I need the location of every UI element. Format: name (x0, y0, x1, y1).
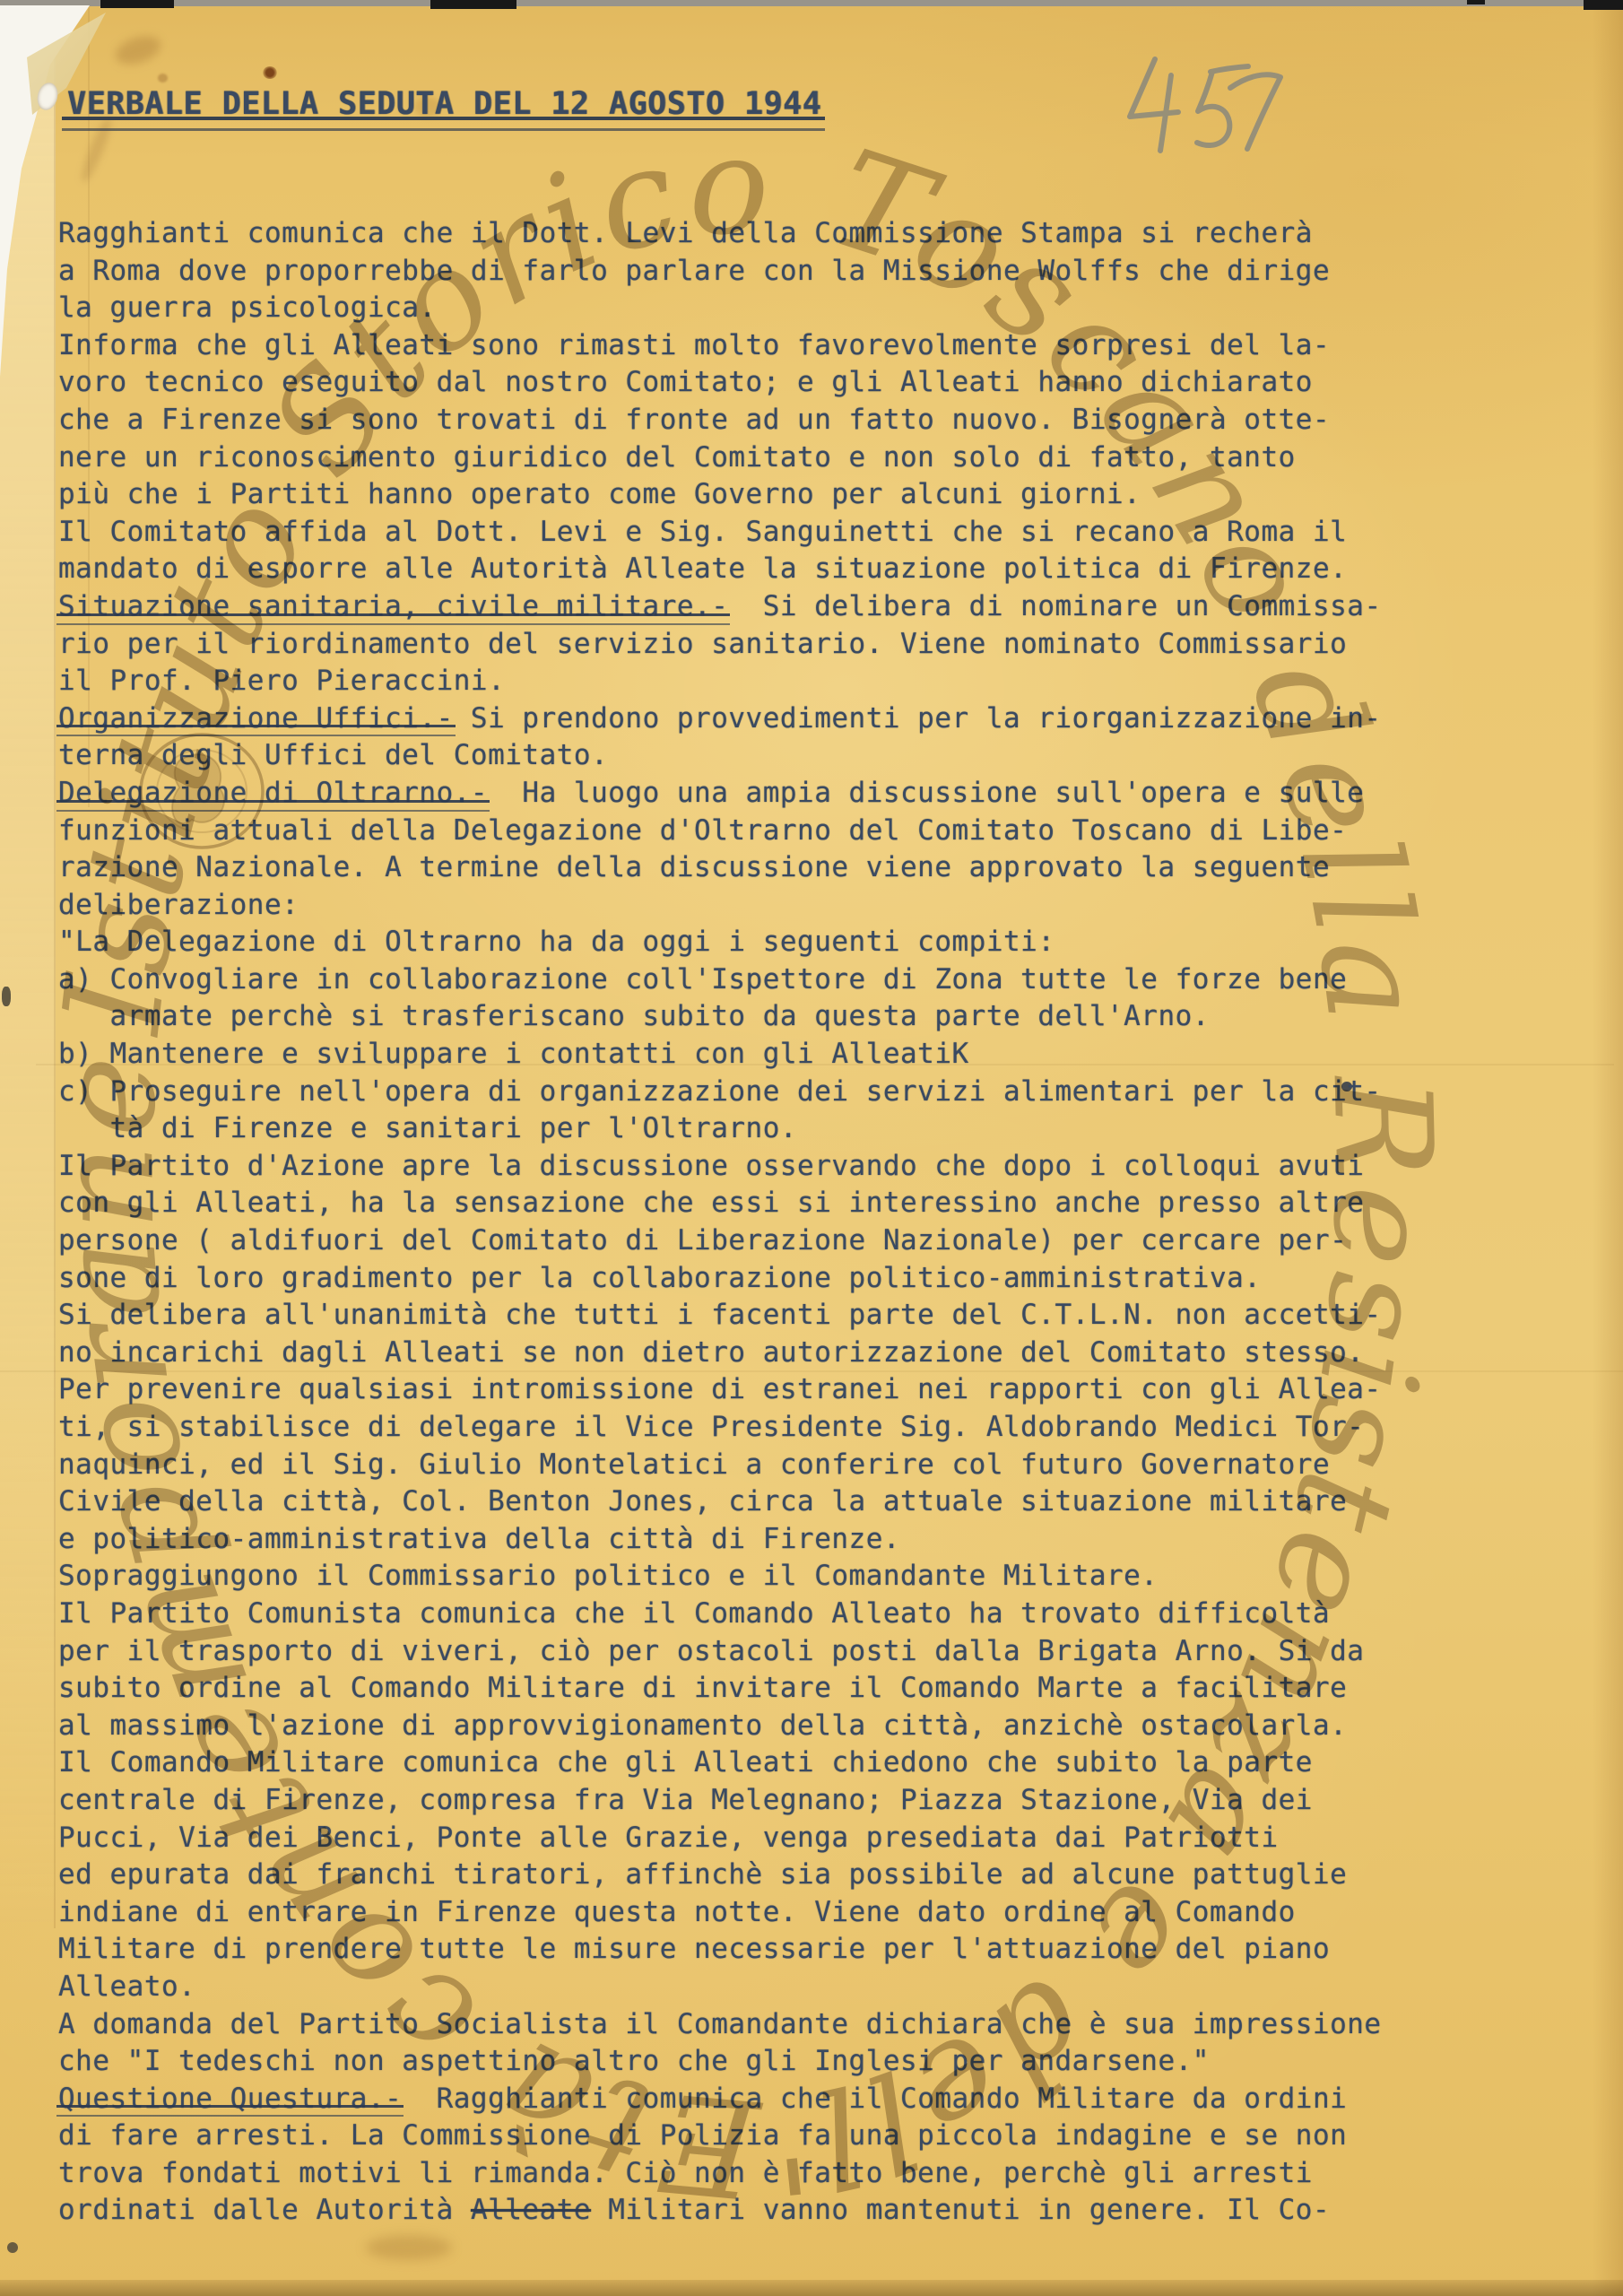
text-line: deliberazione: (58, 887, 1457, 925)
text-line: ordinati dalle Autorità Alleate Militari… (58, 2192, 1457, 2230)
stain (112, 31, 164, 70)
text-line: Sopraggiungono il Commissario politico e… (58, 1558, 1457, 1596)
paper-left-margin-band (0, 0, 56, 1928)
text-segment: Per prevenire qualsiasi intromissione di… (58, 1373, 1382, 1405)
document-page: VERBALE DELLA SEDUTA DEL 12 AGOSTO 1944 … (0, 0, 1623, 2296)
text-line: ed epurata dai franchi tiratori, affinch… (58, 1857, 1457, 1894)
text-line: trova fondati motivi li rimanda. Ciò non… (58, 2155, 1457, 2193)
text-segment: ti, si stabilisce di delegare il Vice Pr… (58, 1411, 1364, 1443)
text-segment: e politico-amministrativa della città di… (58, 1523, 900, 1555)
text-line: ti, si stabilisce di delegare il Vice Pr… (58, 1409, 1457, 1447)
document-title: VERBALE DELLA SEDUTA DEL 12 AGOSTO 1944 (67, 86, 821, 127)
text-line: Il Comitato affida al Dott. Levi e Sig. … (58, 514, 1457, 552)
text-line: per il trasporto di viveri, ciò per osta… (58, 1633, 1457, 1671)
text-segment: rio per il riordinamento del servizio sa… (58, 628, 1347, 660)
text-segment: Ha luogo una ampia discussione sull'oper… (488, 777, 1364, 809)
underlined-heading: Delegazione di Oltrarno.- (58, 775, 488, 813)
text-line: più che i Partiti hanno operato come Gov… (58, 476, 1457, 514)
text-segment: Sopraggiungono il Commissario politico e… (58, 1560, 1158, 1592)
text-segment: che "I tedeschi non aspettino altro che … (58, 2045, 1210, 2077)
text-line: a Roma dove proporrebbe di farlo parlare… (58, 253, 1457, 291)
text-segment: Il Partito Comunista comunica che il Com… (58, 1597, 1330, 1630)
text-segment: Il Comando Militare comunica che gli All… (58, 1746, 1313, 1779)
punch-hole (35, 81, 61, 112)
text-line: persone ( aldifuori del Comitato di Libe… (58, 1222, 1457, 1260)
text-segment: a Roma dove proporrebbe di farlo parlare… (58, 255, 1330, 287)
text-segment: voro tecnico eseguito dal nostro Comitat… (58, 366, 1313, 398)
pencil-457-strokes (1130, 59, 1280, 151)
text-line: no incarichi dagli Alleati se non dietro… (58, 1335, 1457, 1372)
text-segment: Ragghianti comunica che il Comando Milit… (402, 2083, 1347, 2115)
text-segment: a) Convogliare in collaborazione coll'Is… (58, 963, 1347, 996)
text-segment: b) Mantenere e sviluppare i contatti con… (58, 1038, 969, 1070)
text-segment: Il Partito d'Azione apre la discussione … (58, 1150, 1364, 1182)
text-line: e politico-amministrativa della città di… (58, 1521, 1457, 1559)
text-segment: Si prendono provvedimenti per la riorgan… (454, 702, 1382, 735)
text-segment: centrale di Firenze, compresa fra Via Me… (58, 1784, 1313, 1816)
scanner-edge-mark (1584, 0, 1623, 10)
ink-speck (2, 987, 11, 1006)
text-segment: Si delibera all'unanimità che tutti i fa… (58, 1299, 1382, 1331)
text-segment: deliberazione: (58, 889, 299, 921)
text-segment: Il Comitato affida al Dott. Levi e Sig. … (58, 516, 1347, 548)
text-line: Ragghianti comunica che il Dott. Levi de… (58, 215, 1457, 253)
text-line: naquinci, ed il Sig. Giulio Montelatici … (58, 1447, 1457, 1484)
stain (158, 74, 168, 83)
struck-through-word: Alleate (471, 2194, 591, 2226)
text-segment: naquinci, ed il Sig. Giulio Montelatici … (58, 1448, 1330, 1481)
text-line: Alleato. (58, 1969, 1457, 2006)
text-segment: subito ordine al Comando Militare di inv… (58, 1672, 1347, 1704)
text-segment: Militari vanno mantenuti in genere. Il C… (591, 2194, 1330, 2226)
text-line: Informa che gli Alleati sono rimasti mol… (58, 327, 1457, 365)
text-segment: A domanda del Partito Socialista il Coma… (58, 2008, 1382, 2040)
text-segment: c) Proseguire nell'opera di organizzazio… (58, 1075, 1382, 1108)
text-segment: persone ( aldifuori del Comitato di Libe… (58, 1224, 1347, 1257)
text-line: con gli Alleati, ha la sensazione che es… (58, 1185, 1457, 1222)
text-line: terna degli Uffici del Comitato. (58, 737, 1457, 775)
text-segment: di fare arresti. La Commissione di Poliz… (58, 2119, 1347, 2152)
underlined-heading: Questione Questura.- (58, 2081, 402, 2118)
scanner-edge-mark (1467, 0, 1485, 4)
text-segment: Militare di prendere tutte le misure nec… (58, 1933, 1330, 1965)
text-line: mandato di esporre alle Autorità Alleate… (58, 551, 1457, 588)
text-line: la guerra psicologica. (58, 290, 1457, 327)
text-line: Il Partito d'Azione apre la discussione … (58, 1148, 1457, 1186)
text-segment: Informa che gli Alleati sono rimasti mol… (58, 329, 1330, 361)
text-segment: Pucci, Via dei Benci, Ponte alle Grazie,… (58, 1822, 1279, 1854)
text-segment: armate perchè si trasferiscano subito da… (58, 1000, 1210, 1032)
text-line: razione Nazionale. A termine della discu… (58, 849, 1457, 887)
text-segment: indiane di entrare in Firenze questa not… (58, 1896, 1296, 1928)
paper-bottom-edge (0, 2280, 1623, 2296)
text-line: indiane di entrare in Firenze questa not… (58, 1894, 1457, 1932)
text-segment: con gli Alleati, ha la sensazione che es… (58, 1187, 1364, 1219)
text-line: voro tecnico eseguito dal nostro Comitat… (58, 364, 1457, 402)
text-line: centrale di Firenze, compresa fra Via Me… (58, 1782, 1457, 1820)
text-segment: mandato di esporre alle Autorità Alleate… (58, 552, 1347, 585)
text-line: Il Partito Comunista comunica che il Com… (58, 1596, 1457, 1633)
text-line: b) Mantenere e sviluppare i contatti con… (58, 1036, 1457, 1074)
text-segment: ordinati dalle Autorità (58, 2194, 471, 2226)
text-line: Militare di prendere tutte le misure nec… (58, 1931, 1457, 1969)
document-body: Ragghianti comunica che il Dott. Levi de… (58, 215, 1457, 2230)
text-line: nere un riconoscimento giuridico del Com… (58, 439, 1457, 477)
text-segment: più che i Partiti hanno operato come Gov… (58, 478, 1141, 510)
text-segment: il Prof. Piero Pieraccini. (58, 665, 505, 697)
text-segment: ed epurata dai franchi tiratori, affinch… (58, 1858, 1347, 1891)
text-segment: "La Delegazione di Oltrarno ha da oggi i… (58, 926, 1055, 958)
scanner-top-strip (0, 0, 1623, 6)
ink-speck (7, 2242, 18, 2253)
text-segment: funzioni attuali della Delegazione d'Olt… (58, 814, 1347, 847)
text-line: che "I tedeschi non aspettino altro che … (58, 2043, 1457, 2081)
text-segment: Alleato. (58, 1970, 195, 2003)
text-line: Organizzazione Uffici.- Si prendono prov… (58, 700, 1457, 738)
text-segment: razione Nazionale. A termine della discu… (58, 851, 1330, 883)
text-line: Il Comando Militare comunica che gli All… (58, 1744, 1457, 1782)
stain (263, 66, 277, 79)
text-line: tà di Firenze e sanitari per l'Oltrarno. (58, 1110, 1457, 1148)
stain (366, 2235, 452, 2260)
text-segment: per il trasporto di viveri, ciò per osta… (58, 1635, 1364, 1667)
text-line: "La Delegazione di Oltrarno ha da oggi i… (58, 924, 1457, 961)
text-line: al massimo l'azione di approvvigionament… (58, 1708, 1457, 1745)
text-line: il Prof. Piero Pieraccini. (58, 663, 1457, 700)
text-segment: Ragghianti comunica che il Dott. Levi de… (58, 217, 1313, 249)
underlined-heading: Organizzazione Uffici.- (58, 700, 454, 738)
text-line: A domanda del Partito Socialista il Coma… (58, 2006, 1457, 2044)
text-line: che a Firenze si sono trovati di fronte … (58, 402, 1457, 439)
text-line: Civile della città, Col. Benton Jones, c… (58, 1483, 1457, 1521)
text-line: Situazione sanitaria, civile militare.- … (58, 588, 1457, 626)
text-line: di fare arresti. La Commissione di Poliz… (58, 2118, 1457, 2155)
text-line: funzioni attuali della Delegazione d'Olt… (58, 813, 1457, 850)
text-line: Delegazione di Oltrarno.- Ha luogo una a… (58, 775, 1457, 813)
text-line: c) Proseguire nell'opera di organizzazio… (58, 1074, 1457, 1111)
text-segment: sone di loro gradimento per la collabora… (58, 1262, 1261, 1294)
text-line: sone di loro gradimento per la collabora… (58, 1260, 1457, 1298)
text-segment: no incarichi dagli Alleati se non dietro… (58, 1336, 1364, 1369)
text-segment: Si delibera di nominare un Commissa- (728, 590, 1381, 622)
text-segment: la guerra psicologica. (58, 291, 437, 324)
scanner-edge-mark (430, 0, 516, 9)
text-line: Si delibera all'unanimità che tutti i fa… (58, 1297, 1457, 1335)
right-edge-shading (1593, 0, 1623, 2296)
text-segment: terna degli Uffici del Comitato. (58, 739, 608, 771)
text-line: Per prevenire qualsiasi intromissione di… (58, 1371, 1457, 1409)
text-line: subito ordine al Comando Militare di inv… (58, 1670, 1457, 1708)
text-segment: al massimo l'azione di approvvigionament… (58, 1709, 1347, 1742)
underlined-heading: Situazione sanitaria, civile militare.- (58, 588, 728, 626)
document-title-text: VERBALE DELLA SEDUTA DEL 12 AGOSTO 1944 (67, 86, 821, 127)
text-line: rio per il riordinamento del servizio sa… (58, 626, 1457, 664)
text-line: Questione Questura.- Ragghianti comunica… (58, 2081, 1457, 2118)
text-segment: nere un riconoscimento giuridico del Com… (58, 441, 1296, 474)
text-segment: che a Firenze si sono trovati di fronte … (58, 404, 1330, 436)
text-line: a) Convogliare in collaborazione coll'Is… (58, 961, 1457, 999)
text-segment: Civile della città, Col. Benton Jones, c… (58, 1485, 1347, 1518)
text-line: armate perchè si trasferiscano subito da… (58, 998, 1457, 1036)
text-line: Pucci, Via dei Benci, Ponte alle Grazie,… (58, 1820, 1457, 1857)
text-segment: trova fondati motivi li rimanda. Ciò non… (58, 2157, 1313, 2189)
scanner-edge-mark (100, 0, 174, 8)
text-segment: tà di Firenze e sanitari per l'Oltrarno. (58, 1112, 797, 1144)
